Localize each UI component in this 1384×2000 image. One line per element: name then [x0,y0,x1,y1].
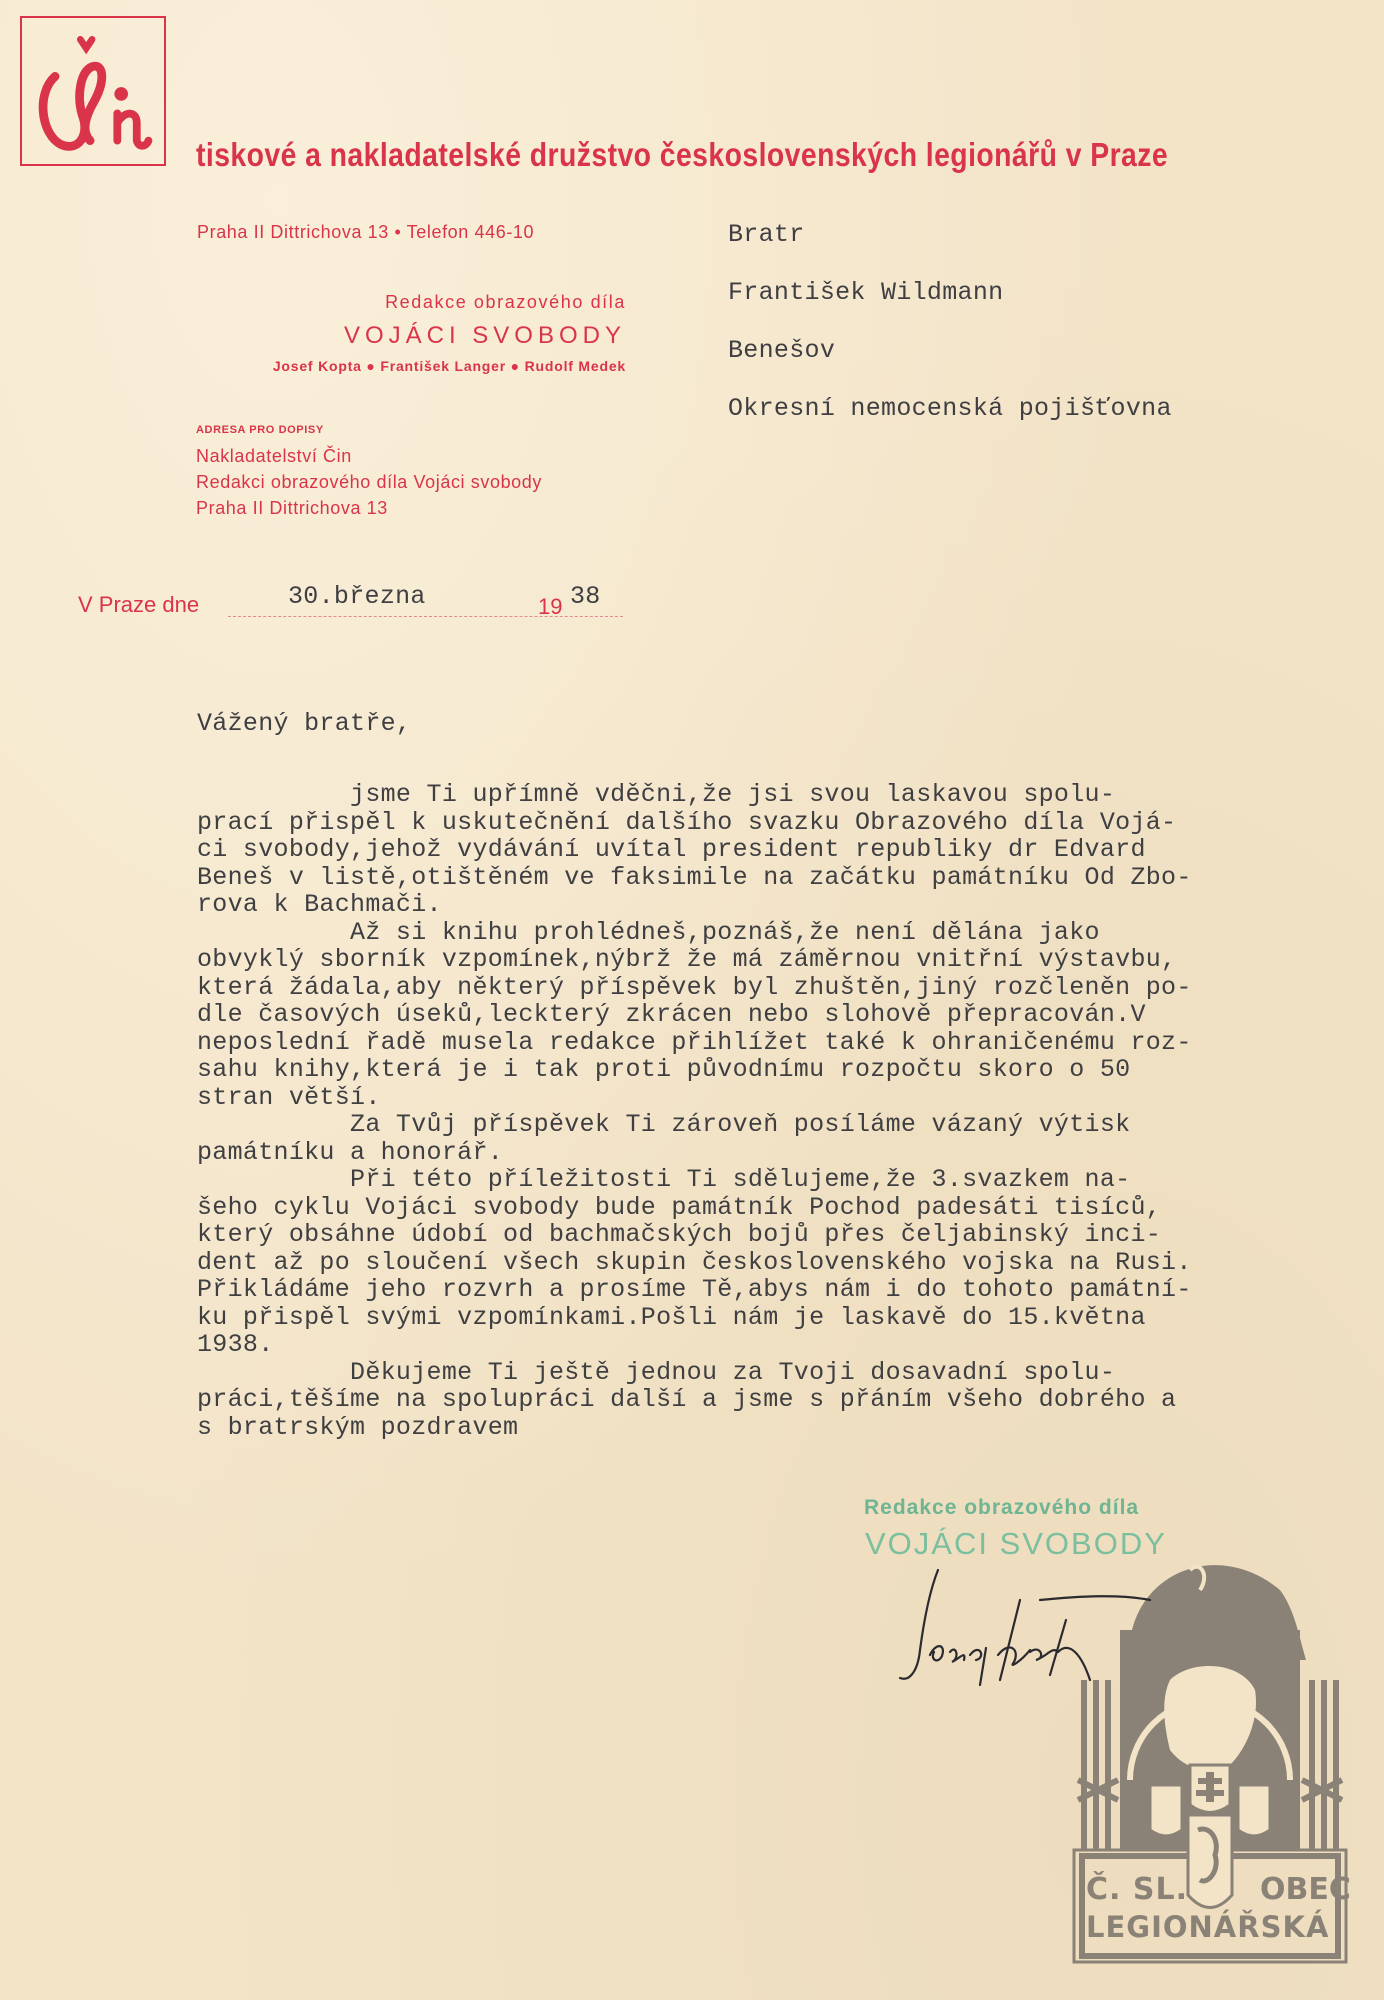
organization-title: tiskové a nakladatelské družstvo českosl… [196,136,1168,174]
body-line: obvyklý sborník vzpomínek,nýbrž že má zá… [197,946,1327,974]
body-line: Děkujeme Ti ještě jednou za Tvoji dosava… [197,1359,1327,1387]
body-line: neposlední řadě musela redakce přihlížet… [197,1029,1327,1057]
stamp-line-1: Redakce obrazového díla [864,1496,1139,1520]
body-line: práci,těšíme na spolupráci další a jsme … [197,1386,1327,1414]
body-line: ci svobody,jehož vydávání uvítal preside… [197,836,1327,864]
emblem-text-csl: Č. SL. [1086,1872,1188,1907]
body-line: rova k Bachmači. [197,891,1327,919]
stamp-line-2: VOJÁCI SVOBODY [865,1526,1167,1562]
editors-list: Josef Kopta ● František Langer ● Rudolf … [273,358,626,374]
body-line: s bratrským pozdravem [197,1414,1327,1442]
recipient-line: Bratr [728,220,805,249]
body-line: Při této příležitosti Ti sdělujeme,že 3.… [197,1166,1327,1194]
mail-address-line: Nakladatelství Čin [196,446,352,467]
letter-body: Vážený bratře, jsme Ti upřímně vděčni,že… [197,710,1327,1441]
mail-address-line: Redakci obrazového díla Vojáci svobody [196,472,542,493]
mail-address-label: ADRESA PRO DOPISY [196,424,324,436]
body-line: prací přispěl k uskutečnění dalšího svaz… [197,809,1327,837]
mail-address-line: Praha II Dittrichova 13 [196,498,388,519]
cin-logo-icon [22,18,164,164]
signature [890,1560,1210,1690]
date-year: 38 [570,582,601,611]
body-line: Až si knihu prohlédneš,poznáš,že není dě… [197,919,1327,947]
cin-logo [20,16,166,166]
body-line: jsme Ti upřímně vděčni,že jsi svou laska… [197,781,1327,809]
date-label: V Praze dne [78,592,199,618]
body-line: která žádala,aby některý příspěvek byl z… [197,974,1327,1002]
body-line: Za Tvůj příspěvek Ti zároveň posíláme vá… [197,1111,1327,1139]
body-line: který obsáhne údobí od bachmačských bojů… [197,1221,1327,1249]
editorial-line-1: Redakce obrazového díla [385,292,626,313]
salutation: Vážený bratře, [197,710,1327,738]
handwritten-signature-icon [890,1560,1210,1690]
body-line: Přikládáme jeho rozvrh a prosíme Tě,abys… [197,1276,1327,1304]
body-line: stran větší. [197,1084,1327,1112]
body-line: ku přispěl svými vzpomínkami.Pošli nám j… [197,1304,1327,1332]
body-line: sahu knihy,která je i tak proti původním… [197,1056,1327,1084]
date-century: 19 [538,594,562,620]
body-line: šeho cyklu Vojáci svobody bude památník … [197,1194,1327,1222]
body-line: památníku a honorář. [197,1139,1327,1167]
emblem-text-obec: OBEC [1260,1872,1351,1907]
body-line: dle časových úseků,leckterý zkrácen nebo… [197,1001,1327,1029]
body-line: Beneš v listě,otištěném ve faksimile na … [197,864,1327,892]
date-day-month: 30.března [288,582,426,611]
recipient-line: Okresní nemocenská pojišťovna [728,394,1172,423]
recipient-line: Benešov [728,336,835,365]
address-phone: Praha II Dittrichova 13 • Telefon 446-10 [197,222,534,243]
recipient-block: Bratr František Wildmann Benešov Okresní… [728,220,1328,440]
body-line: 1938. [197,1331,1327,1359]
editorial-line-2: VOJÁCI SVOBODY [344,322,626,350]
body-line: dent až po sloučení všech skupin českosl… [197,1249,1327,1277]
recipient-line: František Wildmann [728,278,1003,307]
emblem-text-legionarska: LEGIONÁŘSKÁ [1086,1910,1329,1944]
date-rule [228,616,623,617]
